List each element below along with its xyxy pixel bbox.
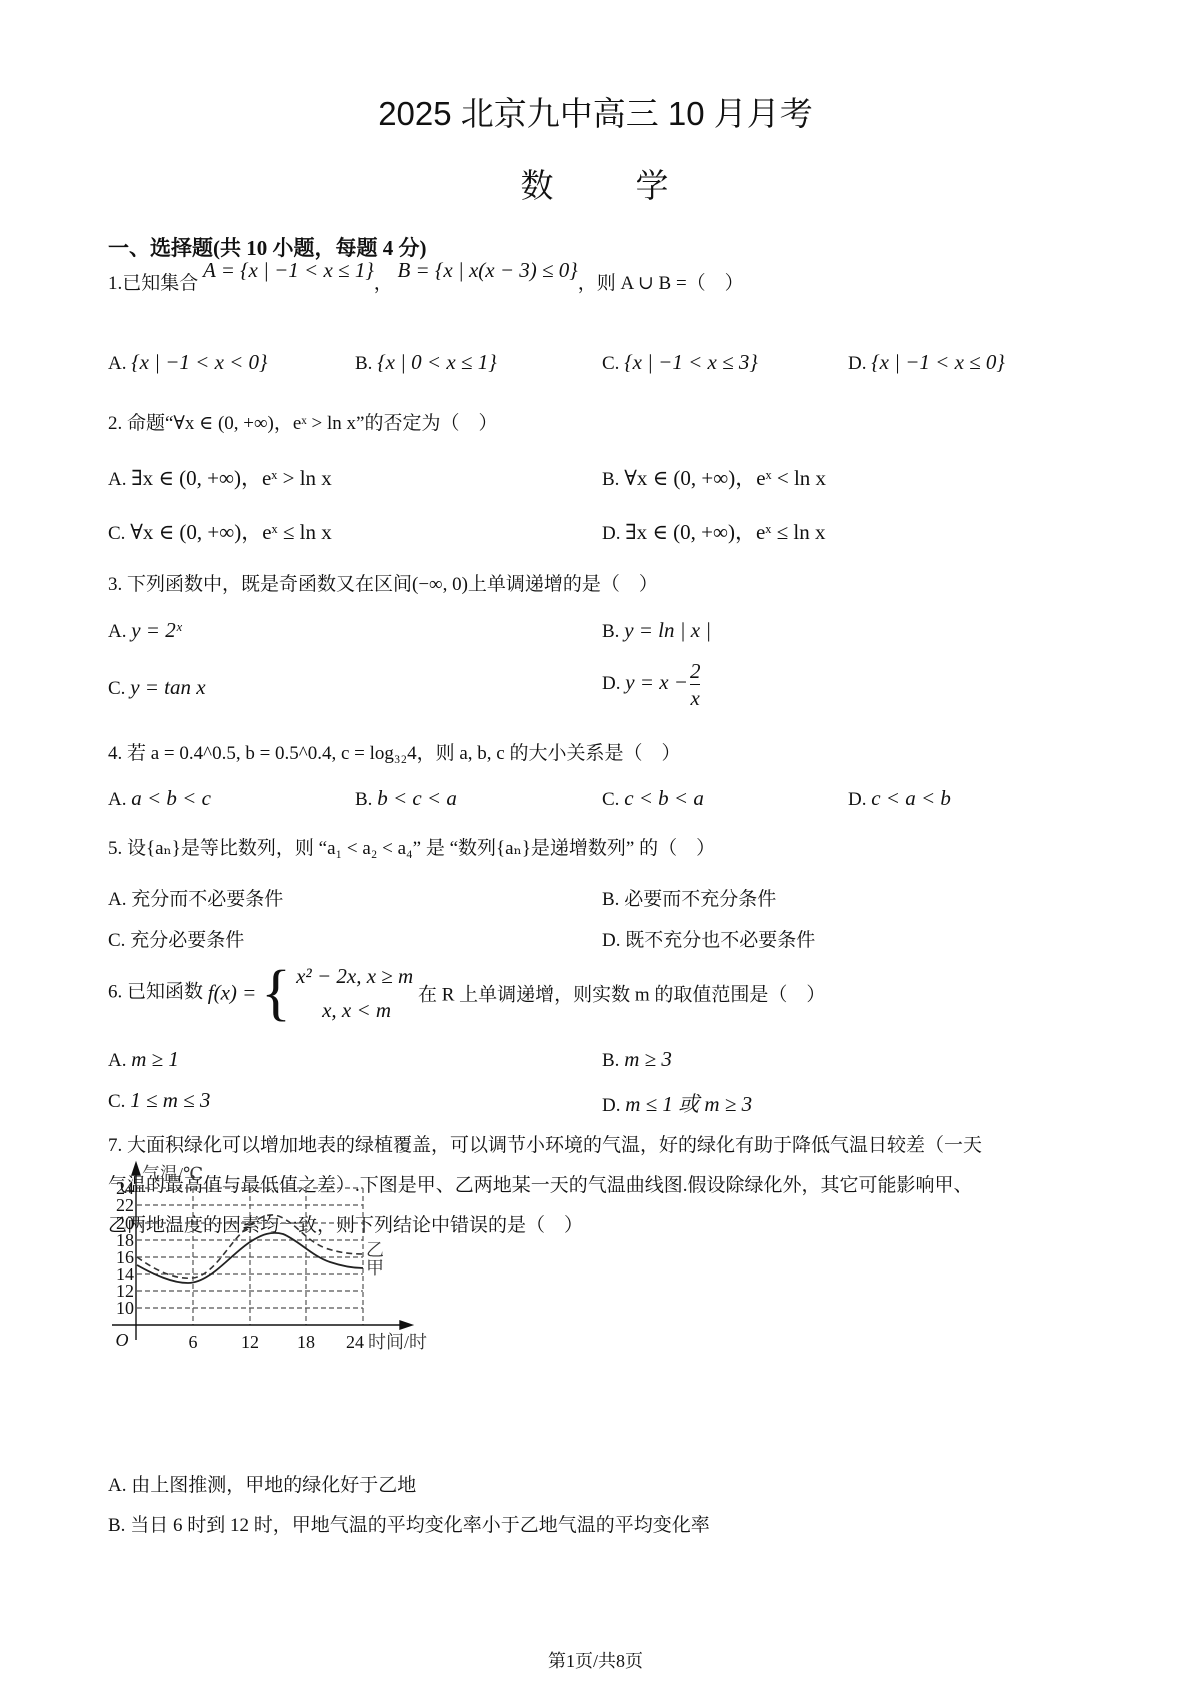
svg-text:10: 10 <box>116 1298 134 1318</box>
svg-text:O: O <box>116 1330 129 1350</box>
svg-text:12: 12 <box>241 1332 259 1352</box>
x-axis-arrow-icon <box>400 1321 412 1329</box>
chart-grid <box>137 1188 363 1325</box>
svg-text:22: 22 <box>116 1195 134 1215</box>
legend-yi: 乙 <box>366 1240 384 1260</box>
svg-text:18: 18 <box>297 1332 315 1352</box>
y-axis-label: 气温/℃ <box>142 1164 203 1184</box>
svg-text:6: 6 <box>189 1332 198 1352</box>
option-b[interactable]: B. 当日 6 时到 12 时，甲地气温的平均变化率小于乙地气温的平均变化率 <box>108 1510 710 1537</box>
legend-jia: 甲 <box>366 1258 384 1278</box>
x-axis-label: 时间/时 <box>368 1332 427 1352</box>
y-axis-arrow-icon <box>132 1163 140 1175</box>
option-a[interactable]: A. 由上图推测，甲地的绿化好于乙地 <box>108 1470 416 1497</box>
option-label: A. <box>108 1475 126 1496</box>
y-tick-labels: 24 22 20 18 16 14 12 10 <box>116 1178 134 1318</box>
option-text: 当日 6 时到 12 时，甲地气温的平均变化率小于乙地气温的平均变化率 <box>130 1515 710 1536</box>
option-text: 由上图推测，甲地的绿化好于乙地 <box>131 1475 416 1496</box>
temperature-chart: 24 22 20 18 16 14 12 10 气温/℃ O 6 12 18 2… <box>0 0 1191 1684</box>
option-label: B. <box>108 1515 125 1536</box>
x-tick-labels: O 6 12 18 24 <box>116 1330 365 1352</box>
page-number: 第1页/共8页 <box>0 1647 1191 1673</box>
svg-text:24: 24 <box>346 1332 364 1352</box>
